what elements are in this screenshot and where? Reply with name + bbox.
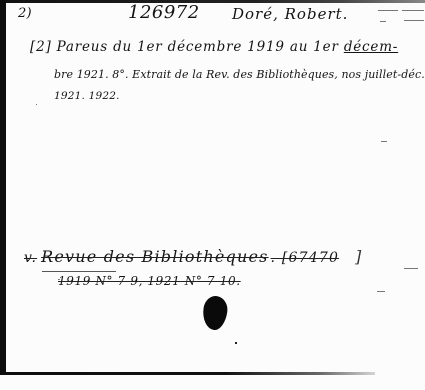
see-prefix: v. [24,250,37,266]
description-line-2: bre 1921. 8°. Extrait de la Rev. des Bib… [54,68,425,81]
card-top-edge [0,0,425,3]
reference-number: . [67470 [271,250,340,266]
index-number: 2) [18,6,32,21]
journal-title-first-word: Revue [41,247,97,266]
description-line-3: 1921. 1922. [54,90,120,102]
volumes-line: 1919 N° 7-9, 1921 N° 7-10. [58,274,241,288]
call-number: 126972 [128,2,200,23]
card-bottom-edge [0,372,375,375]
closing-bracket: ] [355,247,362,266]
description-line-1-text: [2] Pareus du 1er décembre 1919 au 1er [30,39,344,55]
description-line-1-underlined: décem- [344,39,398,55]
journal-title-rest: des Bibliothèques [97,247,268,266]
description-line-1: [2] Pareus du 1er décembre 1919 au 1er d… [30,39,398,55]
cross-reference-line: v.Revue des Bibliothèques. [67470] [24,247,363,266]
card-left-edge [0,0,6,374]
journal-title-underline [42,271,116,272]
author-name: Doré, Robert. [232,5,348,23]
ink-blot-mark [201,294,229,331]
catalog-card: 2) 126972 Doré, Robert. [2] Pareus du 1e… [0,0,425,390]
